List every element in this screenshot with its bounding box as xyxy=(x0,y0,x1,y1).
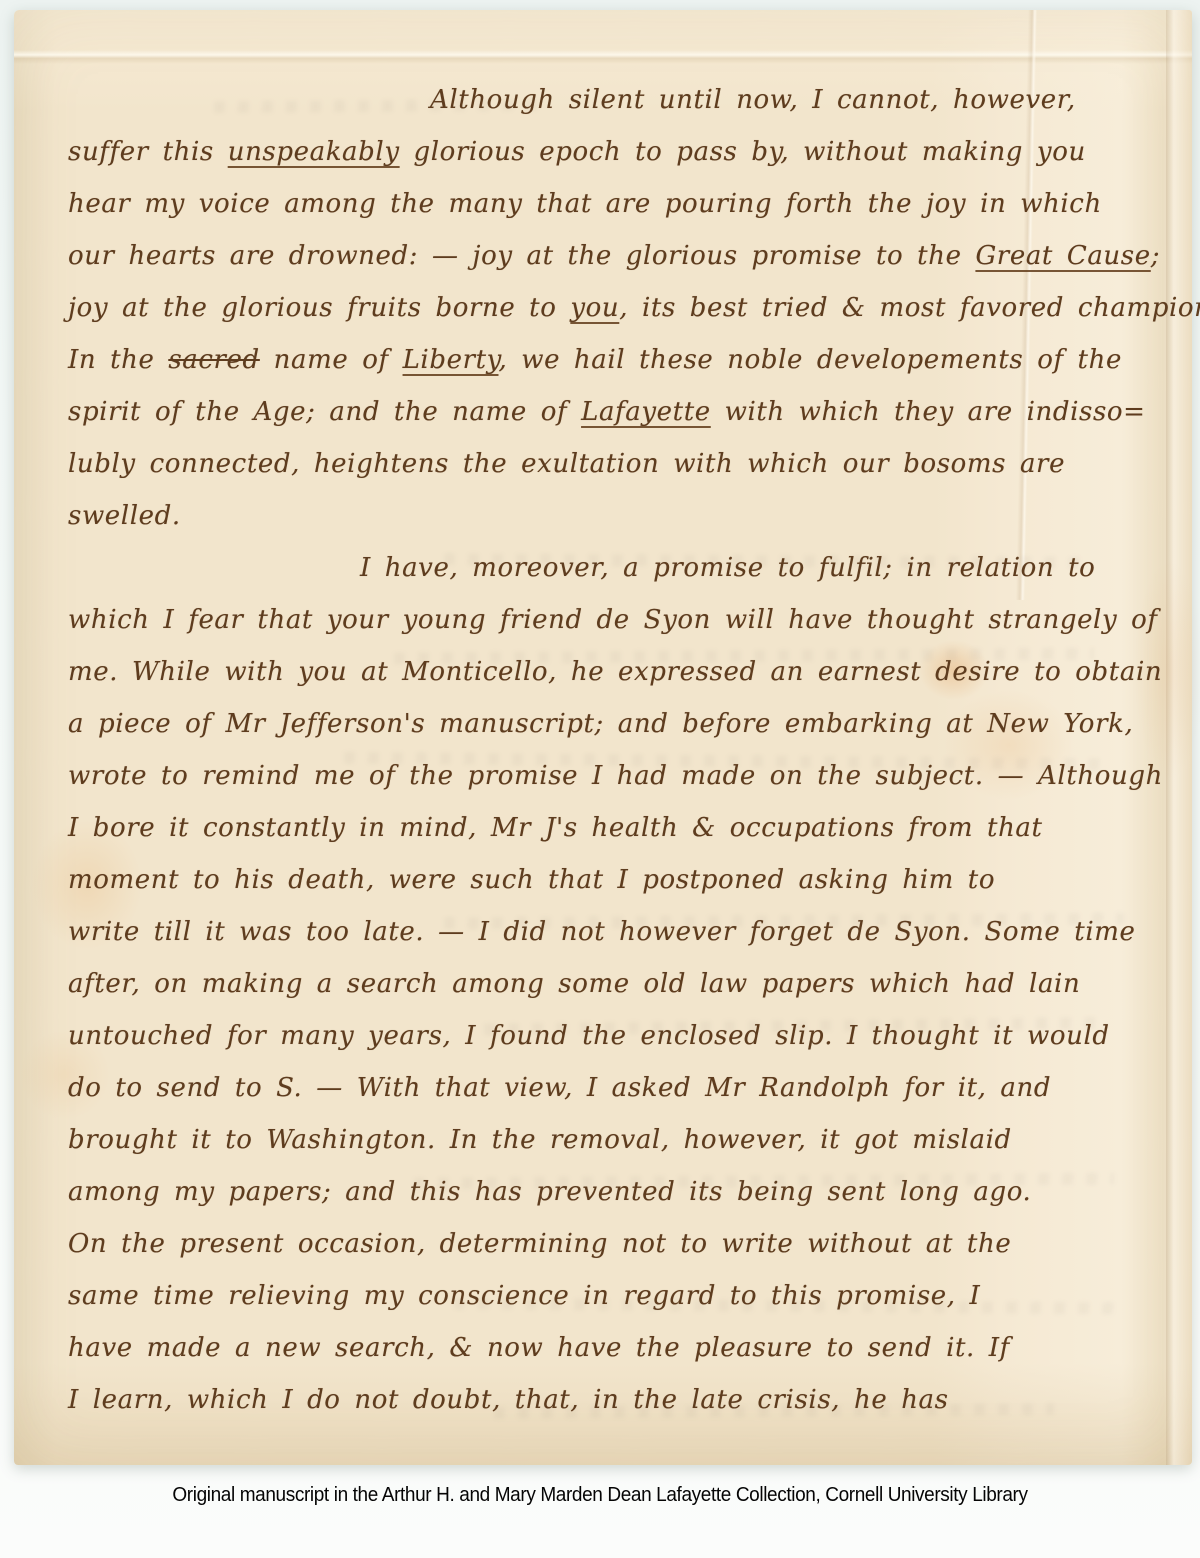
manuscript-line: brought it to Washington. In the removal… xyxy=(68,1118,1154,1170)
underlined-word: unspeakably xyxy=(228,137,400,167)
manuscript-line: suffer this unspeakably glorious epoch t… xyxy=(68,130,1154,182)
manuscript-segment: our hearts are drowned: — joy at the glo… xyxy=(68,241,975,271)
underlined-word: Lafayette xyxy=(581,397,711,427)
manuscript-line: wrote to remind me of the promise I had … xyxy=(68,754,1154,806)
manuscript-segment: lubly connected, heightens the exultatio… xyxy=(68,449,1065,479)
manuscript-segment: ; xyxy=(1151,241,1160,271)
page-right-edge-fold xyxy=(1166,10,1192,1465)
manuscript-line: after, on making a search among some old… xyxy=(68,962,1154,1014)
manuscript-segment: glorious epoch to pass by, without makin… xyxy=(400,137,1086,167)
manuscript-line: a piece of Mr Jefferson's manuscript; an… xyxy=(68,702,1154,754)
manuscript-segment: name of xyxy=(260,345,403,375)
manuscript-line: I bore it constantly in mind, Mr J's hea… xyxy=(68,806,1154,858)
manuscript-line: On the present occasion, determining not… xyxy=(68,1222,1154,1274)
manuscript-segment: swelled. xyxy=(68,501,181,531)
attribution-caption: Original manuscript in the Arthur H. and… xyxy=(30,1484,1170,1507)
manuscript-line: I have, moreover, a promise to fulfil; i… xyxy=(68,546,1154,598)
horizontal-fold-crease xyxy=(14,50,1192,64)
manuscript-line: In the sacred name of Liberty, we hail t… xyxy=(68,338,1154,390)
manuscript-line: I learn, which I do not doubt, that, in … xyxy=(68,1378,1154,1430)
underlined-word: you xyxy=(570,293,619,323)
manuscript-line: same time relieving my conscience in reg… xyxy=(68,1274,1154,1326)
manuscript-segment: , its best tried & most favored champion… xyxy=(619,293,1200,323)
manuscript-segment: me. While with you at Monticello, he exp… xyxy=(68,657,1162,687)
manuscript-line: lubly connected, heightens the exultatio… xyxy=(68,442,1154,494)
struckthrough-word: sacred xyxy=(168,345,259,375)
scan-viewport: { "document": { "type": "handwritten-let… xyxy=(0,0,1200,1558)
manuscript-segment: joy at the glorious fruits borne to xyxy=(68,293,570,323)
manuscript-page: Although silent until now, I cannot, how… xyxy=(14,10,1192,1465)
manuscript-segment: I learn, which I do not doubt, that, in … xyxy=(68,1385,949,1415)
manuscript-segment: write till it was too late. — I did not … xyxy=(68,917,1135,947)
manuscript-line: untouched for many years, I found the en… xyxy=(68,1014,1154,1066)
manuscript-segment: In the xyxy=(68,345,168,375)
manuscript-line: swelled. xyxy=(68,494,1154,546)
manuscript-line: which I fear that your young friend de S… xyxy=(68,598,1154,650)
manuscript-line: our hearts are drowned: — joy at the glo… xyxy=(68,234,1154,286)
manuscript-segment: hear my voice among the many that are po… xyxy=(68,189,1102,219)
manuscript-line: spirit of the Age; and the name of Lafay… xyxy=(68,390,1154,442)
manuscript-segment: do to send to S. — With that view, I ask… xyxy=(68,1073,1051,1103)
manuscript-segment: wrote to remind me of the promise I had … xyxy=(68,761,1163,791)
manuscript-line: have made a new search, & now have the p… xyxy=(68,1326,1154,1378)
manuscript-segment: with which they are indisso= xyxy=(711,397,1146,427)
manuscript-segment: a piece of Mr Jefferson's manuscript; an… xyxy=(68,709,1133,739)
manuscript-segment: moment to his death, were such that I po… xyxy=(68,865,995,895)
underlined-word: Great Cause xyxy=(975,241,1150,271)
manuscript-segment: same time relieving my conscience in reg… xyxy=(68,1281,980,1311)
manuscript-line: among my papers; and this has prevented … xyxy=(68,1170,1154,1222)
manuscript-line: joy at the glorious fruits borne to you,… xyxy=(68,286,1154,338)
manuscript-segment: suffer this xyxy=(68,137,228,167)
manuscript-line: Although silent until now, I cannot, how… xyxy=(68,78,1154,130)
manuscript-line: me. While with you at Monticello, he exp… xyxy=(68,650,1154,702)
manuscript-segment: I have, moreover, a promise to fulfil; i… xyxy=(360,553,1095,583)
underlined-word: Liberty xyxy=(403,345,499,375)
manuscript-line: hear my voice among the many that are po… xyxy=(68,182,1154,234)
manuscript-segment: On the present occasion, determining not… xyxy=(68,1229,1011,1259)
manuscript-segment: brought it to Washington. In the removal… xyxy=(68,1125,1012,1155)
manuscript-line: do to send to S. — With that view, I ask… xyxy=(68,1066,1154,1118)
manuscript-segment: spirit of the Age; and the name of xyxy=(68,397,581,427)
manuscript-segment: after, on making a search among some old… xyxy=(68,969,1080,999)
manuscript-segment: which I fear that your young friend de S… xyxy=(68,605,1158,635)
manuscript-segment: I bore it constantly in mind, Mr J's hea… xyxy=(68,813,1043,843)
manuscript-segment: Although silent until now, I cannot, how… xyxy=(430,85,1076,115)
manuscript-text: Although silent until now, I cannot, how… xyxy=(68,78,1154,1430)
manuscript-line: moment to his death, were such that I po… xyxy=(68,858,1154,910)
manuscript-segment: , we hail these noble developements of t… xyxy=(499,345,1122,375)
manuscript-line: write till it was too late. — I did not … xyxy=(68,910,1154,962)
manuscript-segment: untouched for many years, I found the en… xyxy=(68,1021,1110,1051)
manuscript-segment: have made a new search, & now have the p… xyxy=(68,1333,1010,1363)
manuscript-segment: among my papers; and this has prevented … xyxy=(68,1177,1031,1207)
